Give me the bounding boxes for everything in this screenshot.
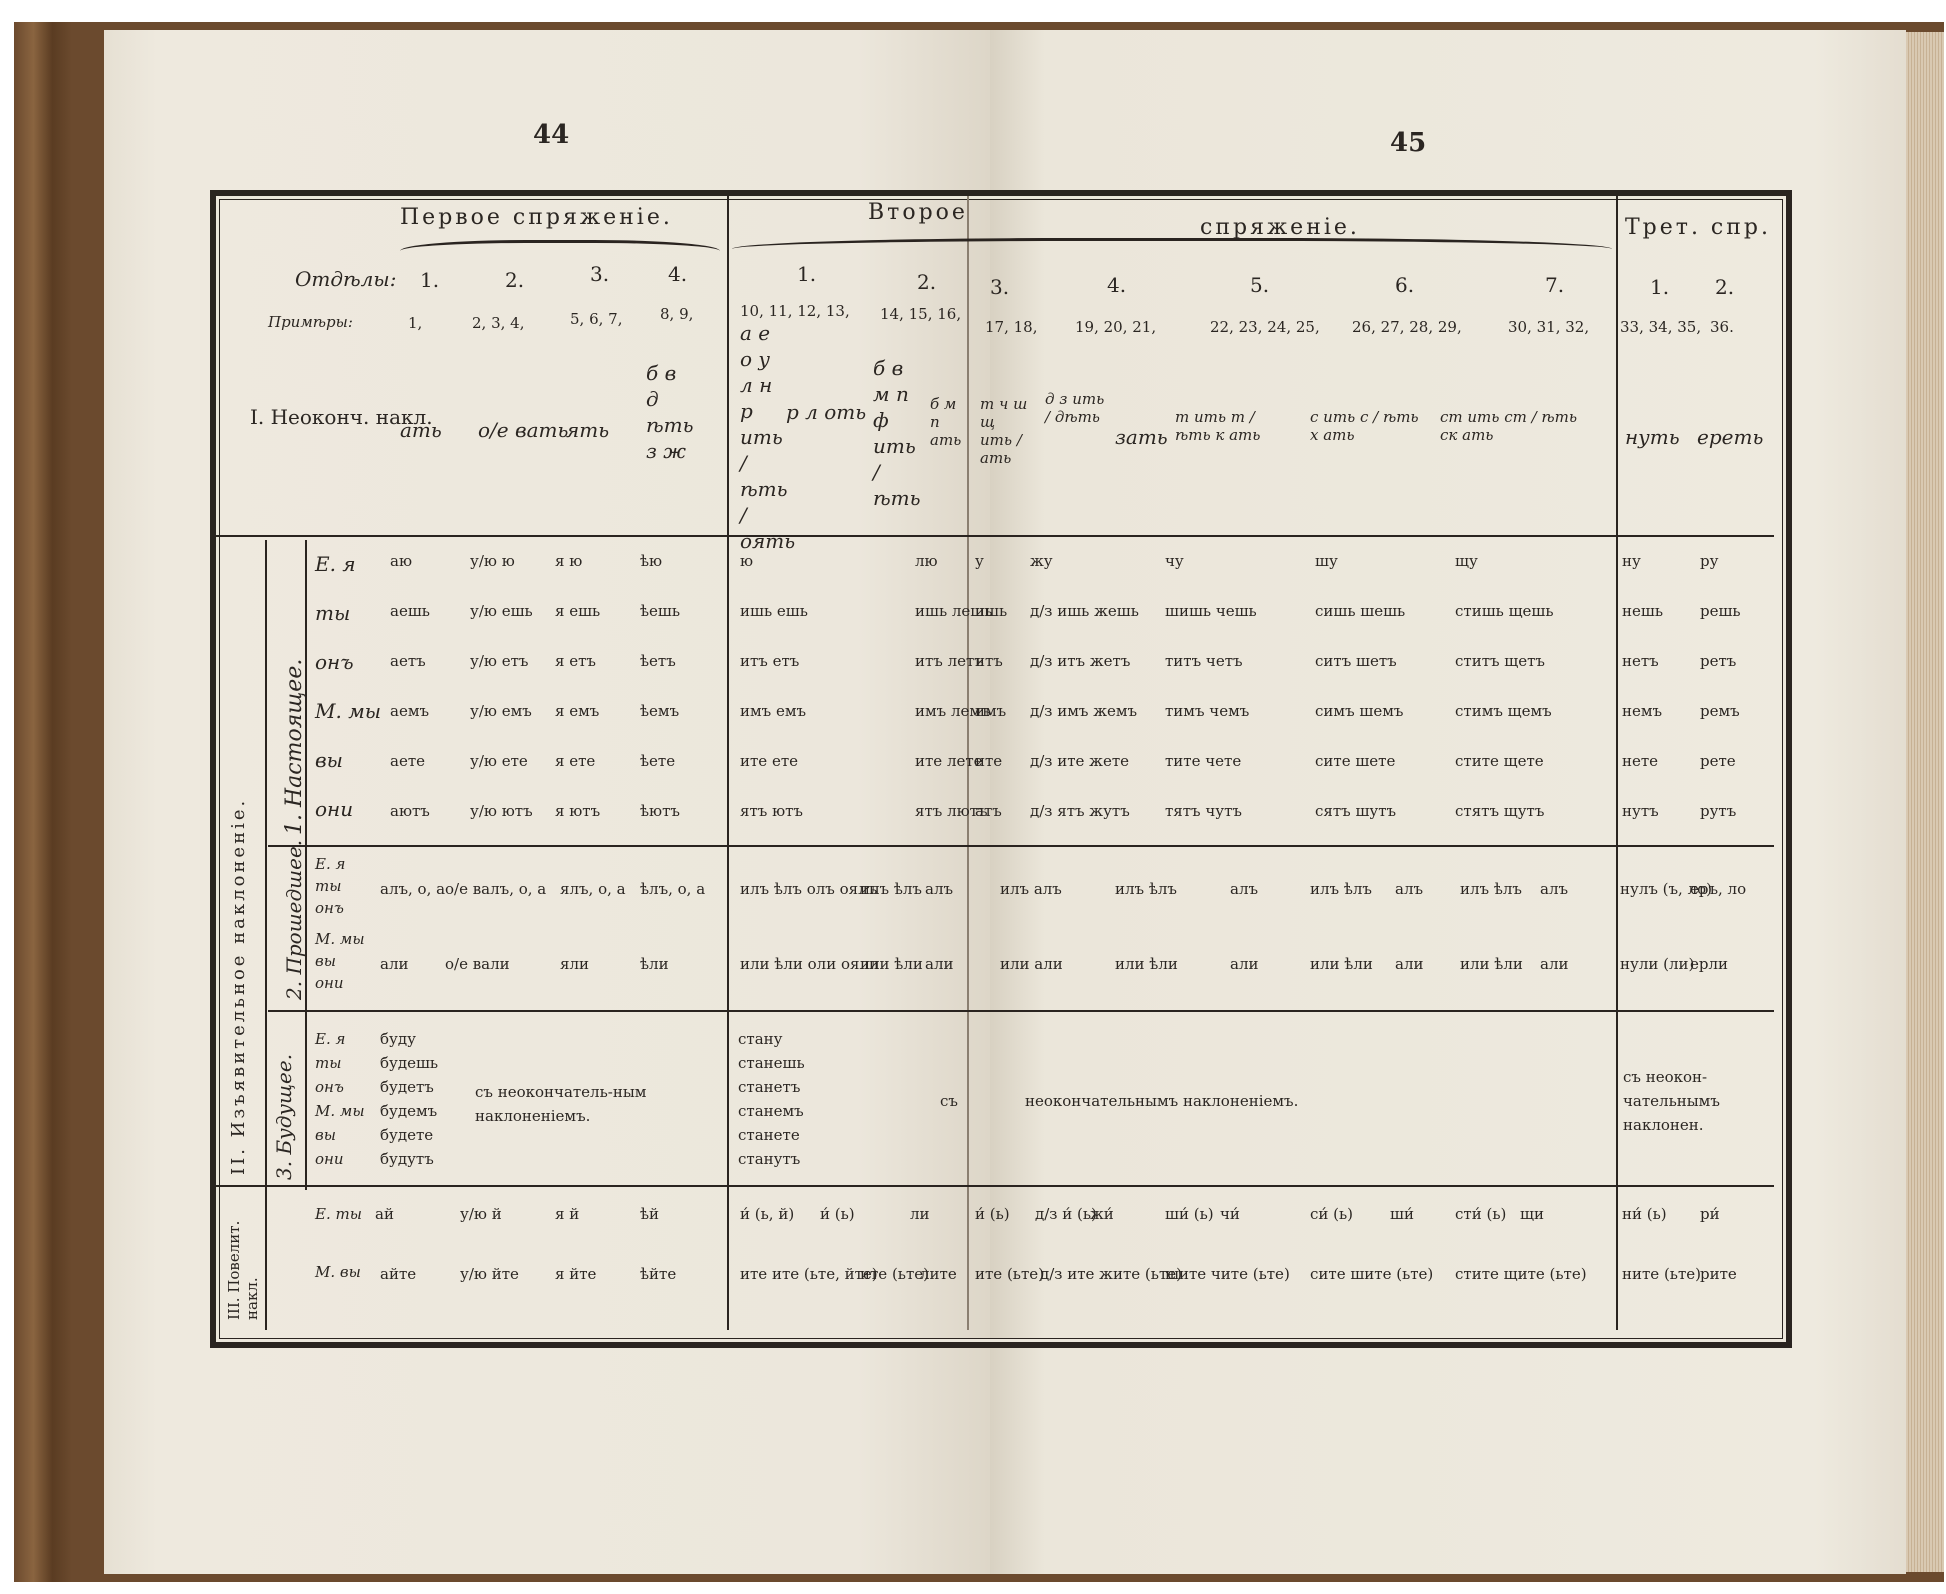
present-cell: у/ю емъ <box>470 702 532 720</box>
imperative-label: III. Повелит. накл. <box>225 1190 261 1320</box>
imperative-pl-cell: лите <box>920 1265 957 1283</box>
present-cell: аю <box>390 552 412 570</box>
form: станетъ <box>738 1078 805 1096</box>
form: будешь <box>380 1054 438 1072</box>
indicative-label: II. Изъявительное наклоненіе. <box>228 798 249 1175</box>
form: будете <box>380 1126 438 1144</box>
past-cell: илъ ѣлъ олъ оялъ <box>740 880 877 898</box>
heading-first-conjugation: Первое спряженіе. <box>400 205 673 230</box>
inf-3: ять <box>566 418 609 442</box>
past-cell: алъ <box>1540 880 1568 898</box>
past-cell: или ѣли <box>1115 955 1178 973</box>
brace-conj1 <box>400 240 720 251</box>
present-persons: Е. я ты онъ М. мы вы они <box>315 552 381 821</box>
past-cell: алъ <box>925 880 953 898</box>
present-cell: д/з ишь жешь <box>1030 602 1139 620</box>
present-cell: итъ етъ <box>740 652 799 670</box>
present-cell: я етъ <box>555 652 596 670</box>
past-cell: ялъ, о, а <box>560 880 626 898</box>
person: вы <box>315 1126 365 1144</box>
past-cell: илъ ѣлъ <box>1115 880 1177 898</box>
inf-13: с ить с / ѣть х ать <box>1310 408 1425 444</box>
past-cell: или али <box>1000 955 1063 973</box>
present-cell: ишь <box>975 602 1007 620</box>
page-edges <box>1906 32 1944 1572</box>
present-cell: ру <box>1700 552 1718 570</box>
present-cell: д/з итъ жетъ <box>1030 652 1130 670</box>
present-cell: ѣемъ <box>640 702 679 720</box>
inf-8: б м п ать <box>930 395 966 449</box>
imperative-sg-cell: ли <box>910 1205 930 1223</box>
present-cell: ѣетъ <box>640 652 676 670</box>
present-cell: титъ четъ <box>1165 652 1243 670</box>
present-cell: аютъ <box>390 802 430 820</box>
division-1-3: 3. <box>590 262 609 286</box>
person: Е. ты <box>315 1205 362 1223</box>
imperative-pl-cell: у/ю йте <box>460 1265 519 1283</box>
examples-2-4: 19, 20, 21, <box>1075 318 1156 336</box>
present-cell: у <box>975 552 984 570</box>
imperative-persons: Е. ты М. вы <box>315 1205 362 1281</box>
imperative-sg-cell: чи́ <box>1220 1205 1240 1223</box>
division-1-2: 2. <box>505 268 524 292</box>
past-cell: алъ <box>1395 880 1423 898</box>
person: они <box>315 1150 365 1168</box>
present-cell: ститъ щетъ <box>1455 652 1545 670</box>
present-cell: нутъ <box>1622 802 1659 820</box>
person: М. вы <box>315 1263 362 1281</box>
present-cell: ятъ ютъ <box>740 802 803 820</box>
person: они <box>315 797 381 821</box>
examples-3-2: 36. <box>1710 318 1734 336</box>
form: будемъ <box>380 1102 438 1120</box>
division-3-2: 2. <box>1715 275 1734 299</box>
heading-second-conjugation-left: Второе <box>868 200 968 225</box>
present-cell: стимъ щемъ <box>1455 702 1552 720</box>
division-2-3: 3. <box>990 275 1009 299</box>
imperative-sg-cell: у/ю й <box>460 1205 502 1223</box>
past-cell: али <box>1230 955 1258 973</box>
past-cell: или ѣли <box>860 955 923 973</box>
division-2-1: 1. <box>797 262 816 286</box>
person: Е. я <box>315 855 345 873</box>
division-2-7: 7. <box>1545 273 1564 297</box>
imperative-pl-cell: ите ите (ьте, йте) <box>740 1265 878 1283</box>
present-cell: ите лете <box>915 752 983 770</box>
past-cell: али <box>1540 955 1568 973</box>
imperative-pl-cell: ите (ьте) <box>975 1265 1044 1283</box>
row-divider-infinitive <box>216 535 1774 537</box>
present-cell: ѣю <box>640 552 662 570</box>
person: М. мы <box>315 930 365 948</box>
imperative-sg-cell: сти́ (ь) <box>1455 1205 1506 1223</box>
present-cell: рете <box>1700 752 1736 770</box>
present-cell: нетъ <box>1622 652 1659 670</box>
stanu-forms: стану станешь станетъ станемъ станете ст… <box>738 1030 805 1168</box>
present-cell: ситъ шетъ <box>1315 652 1397 670</box>
imperative-sg-cell: и́ (ь) <box>820 1205 855 1223</box>
future-with: съ <box>940 1092 958 1110</box>
present-cell: жу <box>1030 552 1053 570</box>
examples-2-6: 26, 27, 28, 29, <box>1352 318 1462 336</box>
present-cell: тите чете <box>1165 752 1241 770</box>
person: М. мы <box>315 1102 365 1120</box>
division-1-1: 1. <box>420 268 439 292</box>
imperative-sg-cell: ай <box>375 1205 394 1223</box>
examples-1-2: 2, 3, 4, <box>472 314 524 332</box>
examples-label: Примѣры: <box>268 313 353 331</box>
past-cell: или ѣли <box>1310 955 1373 973</box>
person: Е. я <box>315 1030 365 1048</box>
person: вы <box>315 748 381 772</box>
imperative-sg-cell: ни́ (ь) <box>1622 1205 1667 1223</box>
present-cell: у/ю етъ <box>470 652 528 670</box>
present-cell: у/ю ете <box>470 752 528 770</box>
present-cell: имъ <box>975 702 1006 720</box>
person: онъ <box>315 650 381 674</box>
division-1-4: 4. <box>668 262 687 286</box>
inf-15: нуть <box>1625 425 1680 449</box>
examples-2-3: 17, 18, <box>985 318 1037 336</box>
past-cell: алъ <box>1230 880 1258 898</box>
present-cell: сите шете <box>1315 752 1395 770</box>
present-cell: тятъ чутъ <box>1165 802 1242 820</box>
heading-second-conjugation-right: спряженіе. <box>1200 215 1360 240</box>
present-cell: ремъ <box>1700 702 1740 720</box>
examples-1-1: 1, <box>408 314 422 332</box>
present-cell: имъ емъ <box>740 702 806 720</box>
present-cell: д/з имъ жемъ <box>1030 702 1137 720</box>
examples-2-5: 22, 23, 24, 25, <box>1210 318 1320 336</box>
present-cell: д/з ите жете <box>1030 752 1129 770</box>
division-2-5: 5. <box>1250 273 1269 297</box>
past-cell: яли <box>560 955 589 973</box>
form: стану <box>738 1030 805 1048</box>
past-persons-pl: М. мы вы они <box>315 930 365 992</box>
present-cell: аете <box>390 752 425 770</box>
past-cell: али <box>925 955 953 973</box>
present-cell: ю <box>740 552 753 570</box>
divider-mood-label <box>265 540 267 1330</box>
past-cell: еръ, ло <box>1690 880 1746 898</box>
inf-2: о/е вать <box>478 418 568 442</box>
present-cell: ретъ <box>1700 652 1736 670</box>
past-cell: али <box>380 955 408 973</box>
page-number-right: 45 <box>1390 128 1426 158</box>
past-cell: илъ ѣлъ <box>860 880 922 898</box>
present-cell: шу <box>1315 552 1338 570</box>
present-cell: немъ <box>1622 702 1662 720</box>
past-cell: ѣлъ, о, а <box>640 880 705 898</box>
present-cell: щу <box>1455 552 1478 570</box>
form: станете <box>738 1126 805 1144</box>
past-cell: алъ, о, а <box>380 880 445 898</box>
future-forms: буду будешь будетъ будемъ будете будутъ <box>380 1030 438 1168</box>
present-cell: ѣешь <box>640 602 680 620</box>
present-cell: лю <box>915 552 938 570</box>
past-cell: илъ ѣлъ <box>1460 880 1522 898</box>
imperative-pl-cell: стите щите (ьте) <box>1455 1265 1587 1283</box>
imperative-pl-cell: айте <box>380 1265 416 1283</box>
past-persons-sg: Е. я ты онъ <box>315 855 345 917</box>
present-cell: у/ю ешь <box>470 602 533 620</box>
present-cell: ѣете <box>640 752 675 770</box>
row-divider-past <box>268 1010 1774 1012</box>
present-cell: стятъ щутъ <box>1455 802 1544 820</box>
inf-1: ать <box>400 418 442 442</box>
inf-12: т ить т / ѣть к ать <box>1175 408 1290 444</box>
imperative-pl-cell: сите шите (ьте) <box>1310 1265 1433 1283</box>
form: будетъ <box>380 1078 438 1096</box>
imperative-sg-cell: ши́ (ь) <box>1165 1205 1214 1223</box>
future-persons: Е. я ты онъ М. мы вы они <box>315 1030 365 1168</box>
imperative-sg-cell: д/з и́ (ь) <box>1035 1205 1097 1223</box>
future-note-conj3: съ неокон-чательнымъ наклонен. <box>1623 1065 1763 1137</box>
present-cell: я ете <box>555 752 595 770</box>
person: М. мы <box>315 699 381 723</box>
imperative-sg-cell: ѣй <box>640 1205 659 1223</box>
past-cell: али <box>1395 955 1423 973</box>
row-divider-present <box>268 845 1774 847</box>
future-note-right: неокончательнымъ наклоненіемъ. <box>1025 1092 1298 1110</box>
present-cell: аетъ <box>390 652 426 670</box>
imperative-sg-cell: ши́ <box>1390 1205 1414 1223</box>
past-cell: илъ ѣлъ <box>1310 880 1372 898</box>
examples-2-7: 30, 31, 32, <box>1508 318 1589 336</box>
inf-11: зать <box>1115 425 1168 449</box>
divider-conj3 <box>1616 196 1618 1330</box>
imperative-sg-cell: и́ (ь, й) <box>740 1205 794 1223</box>
divisions-label: Отдѣлы: <box>295 267 396 291</box>
person: вы <box>315 952 365 970</box>
row-divider-future <box>216 1185 1774 1187</box>
person: онъ <box>315 899 345 917</box>
division-2-4: 4. <box>1107 273 1126 297</box>
imperative-pl-cell: рите <box>1700 1265 1737 1283</box>
form: станутъ <box>738 1150 805 1168</box>
division-3-1: 1. <box>1650 275 1669 299</box>
imperative-pl-cell: ѣйте <box>640 1265 676 1283</box>
present-cell: ите <box>975 752 1002 770</box>
imperative-sg-cell: щи <box>1520 1205 1544 1223</box>
present-cell: у/ю ю <box>470 552 515 570</box>
person: ты <box>315 601 381 625</box>
present-cell: я ютъ <box>555 802 600 820</box>
past-cell: о/е валъ, о, а <box>445 880 546 898</box>
person: онъ <box>315 1078 365 1096</box>
past-label: 2. Прошедшее. <box>282 840 306 1000</box>
form: станемъ <box>738 1102 805 1120</box>
present-cell: нешь <box>1622 602 1663 620</box>
examples-2-2: 14, 15, 16, <box>880 305 961 323</box>
past-cell: ѣли <box>640 955 669 973</box>
present-cell: сятъ шутъ <box>1315 802 1396 820</box>
present-cell: аемъ <box>390 702 429 720</box>
present-cell: сишь шешь <box>1315 602 1405 620</box>
inf-4: б в д ѣть з ж <box>646 360 686 464</box>
inf-6: р л оть <box>786 400 866 424</box>
present-cell: д/з ятъ жутъ <box>1030 802 1130 820</box>
present-cell: я емъ <box>555 702 599 720</box>
imperative-pl-cell: я йте <box>555 1265 596 1283</box>
form: станешь <box>738 1054 805 1072</box>
form: будутъ <box>380 1150 438 1168</box>
past-cell: нули (ли) <box>1620 955 1694 973</box>
imperative-sg-cell: я й <box>555 1205 579 1223</box>
division-2-6: 6. <box>1395 273 1414 297</box>
present-cell: стишь щешь <box>1455 602 1554 620</box>
present-cell: ишь ешь <box>740 602 808 620</box>
future-label: 3. Будущее. <box>272 1054 296 1180</box>
present-cell: чу <box>1165 552 1184 570</box>
present-cell: решь <box>1700 602 1741 620</box>
inf-14: ст ить ст / ѣть ск ать <box>1440 408 1590 444</box>
person: ты <box>315 877 345 895</box>
person: Е. я <box>315 552 381 576</box>
present-cell: я ешь <box>555 602 600 620</box>
present-cell: нете <box>1622 752 1658 770</box>
form: буду <box>380 1030 438 1048</box>
present-cell: тимъ чемъ <box>1165 702 1249 720</box>
imperative-sg-cell: ри́ <box>1700 1205 1720 1223</box>
imperative-pl-cell: ите (ьте) <box>860 1265 929 1283</box>
imperative-pl-cell: шите чите (ьте) <box>1165 1265 1290 1283</box>
present-cell: ну <box>1622 552 1641 570</box>
present-cell: атъ <box>975 802 1002 820</box>
examples-1-3: 5, 6, 7, <box>570 310 622 328</box>
imperative-sg-cell: и́ (ь) <box>975 1205 1010 1223</box>
past-cell: или ѣли оли ояли <box>740 955 879 973</box>
past-cell: о/е вали <box>445 955 510 973</box>
examples-3-1: 33, 34, 35, <box>1620 318 1701 336</box>
present-cell: симъ шемъ <box>1315 702 1403 720</box>
inf-5: а е о у л н р ить / ѣть / оять <box>740 320 780 554</box>
brace-conj2 <box>732 238 1612 249</box>
present-cell: итъ летъ <box>915 652 984 670</box>
heading-third-conjugation: Трет. спр. <box>1625 215 1771 240</box>
past-cell: ерли <box>1690 955 1728 973</box>
present-cell: рутъ <box>1700 802 1736 820</box>
imperative-pl-cell: д/з ите жите (ьте) <box>1040 1265 1182 1283</box>
future-note-left: съ неокончатель-ным наклоненіемъ. <box>475 1080 705 1128</box>
imperative-pl-cell: ните (ьте) <box>1622 1265 1701 1283</box>
present-cell: ѣютъ <box>640 802 680 820</box>
inf-10: д з ить / дѣть <box>1045 390 1105 426</box>
inf-16: ереть <box>1697 425 1763 449</box>
imperative-sg-cell: жи́ <box>1090 1205 1114 1223</box>
person: они <box>315 974 365 992</box>
divider-conj1 <box>727 196 729 1330</box>
present-cell: ите ете <box>740 752 798 770</box>
present-label: 1. Настоящее. <box>282 659 307 835</box>
past-cell: илъ алъ <box>1000 880 1062 898</box>
present-cell: шишь чешь <box>1165 602 1257 620</box>
examples-2-1: 10, 11, 12, 13, <box>740 302 850 320</box>
present-cell: стите щете <box>1455 752 1544 770</box>
present-cell: у/ю ютъ <box>470 802 533 820</box>
present-cell: аешь <box>390 602 430 620</box>
inf-9: т ч ш щ ить / ать <box>980 395 1030 467</box>
division-2-2: 2. <box>917 270 936 294</box>
examples-1-4: 8, 9, <box>660 305 693 323</box>
page-number-left: 44 <box>533 120 569 150</box>
present-cell: я ю <box>555 552 582 570</box>
present-cell: итъ <box>975 652 1003 670</box>
person: ты <box>315 1054 365 1072</box>
past-cell: или ѣли <box>1460 955 1523 973</box>
imperative-sg-cell: си́ (ь) <box>1310 1205 1353 1223</box>
inf-7: б в м п ф ить / ѣть <box>873 355 913 511</box>
